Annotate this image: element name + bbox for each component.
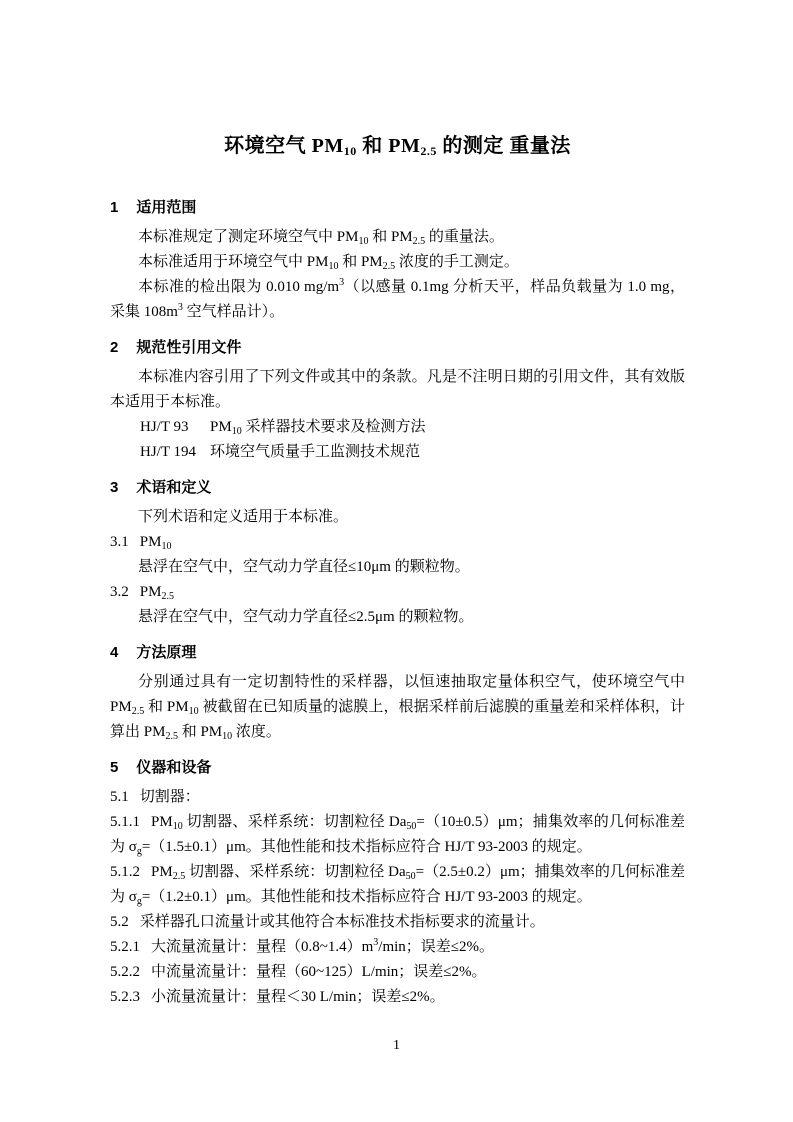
page-number: 1 xyxy=(0,1036,793,1056)
document-title: 环境空气 PM10 和 PM2.5 的测定 重量法 xyxy=(110,131,685,161)
clause-text: PM10 切割器、采样系统：切割粒径 Da50=（10±0.5）μm；捕集效率的… xyxy=(110,814,685,855)
clause-item-3-1: 3.1PM10 xyxy=(110,530,685,555)
reference-title: PM10 采样器技术要求及检测方法 xyxy=(210,415,425,440)
clause-item-5-2-2: 5.2.2中流量流量计：量程（60~125）L/min；误差≤2%。 xyxy=(110,960,685,985)
clause-number: 5.1 xyxy=(110,789,129,805)
definition-text: 悬浮在空气中，空气动力学直径≤2.5μm 的颗粒物。 xyxy=(110,605,685,630)
section-label: 适用范围 xyxy=(136,199,196,216)
reference-code: HJ/T 194 xyxy=(140,440,210,465)
clause-text: 小流量流量计：量程＜30 L/min；误差≤2%。 xyxy=(151,989,445,1005)
section-heading-3: 3术语和定义 xyxy=(110,475,685,500)
paragraph: 本标准规定了测定环境空气中 PM10 和 PM2.5 的重量法。 xyxy=(110,225,685,250)
section-number: 1 xyxy=(110,195,118,220)
clause-item-5-2-3: 5.2.3小流量流量计：量程＜30 L/min；误差≤2%。 xyxy=(110,985,685,1010)
section-number: 2 xyxy=(110,335,118,360)
section-number: 3 xyxy=(110,475,118,500)
section-label: 规范性引用文件 xyxy=(136,339,241,356)
section-number: 4 xyxy=(110,640,118,665)
paragraph: 本标准的检出限为 0.010 mg/m3（以感量 0.1mg 分析天平，样品负载… xyxy=(110,275,685,325)
clause-text: 中流量流量计：量程（60~125）L/min；误差≤2%。 xyxy=(151,964,487,980)
paragraph: 分别通过具有一定切割特性的采样器，以恒速抽取定量体积空气，使环境空气中 PM2.… xyxy=(110,670,685,745)
clause-item-3-2: 3.2PM2.5 xyxy=(110,580,685,605)
clause-item-5-1: 5.1切割器： xyxy=(110,785,685,810)
section-label: 术语和定义 xyxy=(136,479,211,496)
clause-text: PM2.5 xyxy=(140,584,174,600)
clause-number: 5.2.3 xyxy=(110,989,140,1005)
clause-text: PM2.5 切割器、采样系统：切割粒径 Da50=（2.5±0.2）μm；捕集效… xyxy=(110,864,685,905)
clause-text: PM10 xyxy=(140,534,172,550)
section-number: 5 xyxy=(110,755,118,780)
clause-text: 采样器孔口流量计或其他符合本标准技术指标要求的流量计。 xyxy=(140,914,545,930)
section-heading-4: 4方法原理 xyxy=(110,640,685,665)
clause-text: 大流量流量计：量程（0.8~1.4）m3/min；误差≤2%。 xyxy=(151,939,494,955)
paragraph: 本标准适用于环境空气中 PM10 和 PM2.5 浓度的手工测定。 xyxy=(110,250,685,275)
document-content: 环境空气 PM10 和 PM2.5 的测定 重量法 1适用范围 本标准规定了测定… xyxy=(110,131,685,1010)
clause-item-5-1-1: 5.1.1PM10 切割器、采样系统：切割粒径 Da50=（10±0.5）μm；… xyxy=(110,810,685,860)
clause-text: 切割器： xyxy=(140,789,200,805)
section-heading-5: 5仪器和设备 xyxy=(110,755,685,780)
clause-number: 3.1 xyxy=(110,534,129,550)
section-heading-1: 1适用范围 xyxy=(110,195,685,220)
clause-number: 5.2.1 xyxy=(110,939,140,955)
clause-number: 5.1.2 xyxy=(110,864,140,880)
clause-number: 5.2 xyxy=(110,914,129,930)
paragraph: 下列术语和定义适用于本标准。 xyxy=(110,505,685,530)
reference-row: HJ/T 93 PM10 采样器技术要求及检测方法 xyxy=(110,415,685,440)
clause-number: 5.2.2 xyxy=(110,964,140,980)
section-label: 仪器和设备 xyxy=(136,759,211,776)
clause-item-5-2: 5.2采样器孔口流量计或其他符合本标准技术指标要求的流量计。 xyxy=(110,910,685,935)
clause-item-5-1-2: 5.1.2PM2.5 切割器、采样系统：切割粒径 Da50=（2.5±0.2）μ… xyxy=(110,860,685,910)
section-heading-2: 2规范性引用文件 xyxy=(110,335,685,360)
paragraph: 本标准内容引用了下列文件或其中的条款。凡是不注明日期的引用文件，其有效版本适用于… xyxy=(110,365,685,415)
reference-row: HJ/T 194 环境空气质量手工监测技术规范 xyxy=(110,440,685,465)
clause-item-5-2-1: 5.2.1大流量流量计：量程（0.8~1.4）m3/min；误差≤2%。 xyxy=(110,935,685,960)
section-label: 方法原理 xyxy=(136,644,196,661)
reference-code: HJ/T 93 xyxy=(140,415,210,440)
clause-number: 3.2 xyxy=(110,584,129,600)
definition-text: 悬浮在空气中，空气动力学直径≤10μm 的颗粒物。 xyxy=(110,555,685,580)
clause-number: 5.1.1 xyxy=(110,814,140,830)
reference-title: 环境空气质量手工监测技术规范 xyxy=(210,440,420,465)
document-page: 环境空气 PM10 和 PM2.5 的测定 重量法 1适用范围 本标准规定了测定… xyxy=(0,0,793,1122)
